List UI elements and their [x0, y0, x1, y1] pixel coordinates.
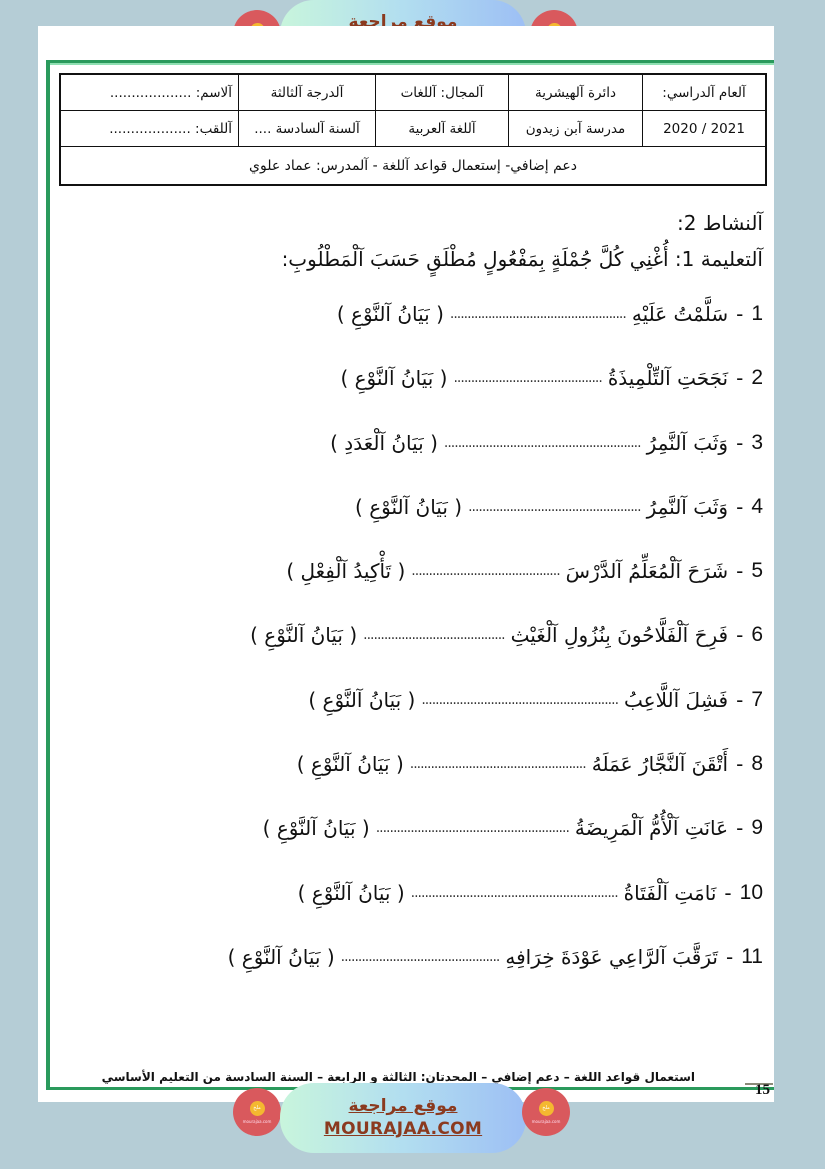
item-dash: -	[736, 363, 743, 393]
badge-caption: mourajaa.com	[243, 1119, 272, 1124]
answer-blank[interactable]: ........................................…	[453, 363, 601, 393]
school-year-label: آلعام آلدراسي:	[642, 75, 765, 110]
item-dash: -	[736, 749, 743, 779]
exercise-item: 4- وَثَبَ آلنَّمِرُ ....................…	[73, 492, 763, 556]
badge-caption: mourajaa.com	[532, 1119, 561, 1124]
exercise-item: 1- سَلَّمْتُ عَلَيْهِ ..................…	[73, 299, 763, 363]
exercise-item: 5- شَرَحَ آلْمُعَلِّمُ آلدَّرْسَ .......…	[73, 556, 763, 620]
item-number: 1	[751, 299, 763, 329]
item-hint: ( بَيَانُ آلْعَدَدِ )	[330, 428, 438, 458]
item-sentence: وَثَبَ آلنَّمِرُ	[647, 428, 729, 458]
answer-blank[interactable]: ........................................…	[341, 942, 500, 972]
level-cell: آلسنة آلسادسة ....	[238, 111, 375, 146]
page-number: 15	[755, 1082, 770, 1099]
item-sentence: وَثَبَ آلنَّمِرُ	[647, 492, 729, 522]
answer-blank[interactable]: ........................................…	[363, 620, 504, 650]
item-hint: ( بَيَانُ آلنَّوْعِ )	[228, 942, 335, 972]
answer-blank[interactable]: ........................................…	[421, 685, 618, 715]
item-hint: ( تَأْكِيدُ آلْفِعْلِ )	[286, 556, 405, 586]
book-logo-icon: ملخ	[250, 1101, 265, 1116]
answer-blank[interactable]: ........................................…	[411, 878, 618, 908]
exercise-item: 3- وَثَبَ آلنَّمِرُ ....................…	[73, 428, 763, 492]
school-year-value: 2021 / 2020	[642, 111, 765, 146]
item-hint: ( بَيَانُ آلنَّوْعِ )	[340, 363, 447, 393]
item-number: 10	[740, 878, 763, 908]
worksheet-title: دعم إضافي- إستعمال قواعد آللغة - آلمدرس:…	[249, 158, 577, 174]
item-hint: ( بَيَانُ آلنَّوْعِ )	[250, 620, 357, 650]
header-row-1: آلعام آلدراسي: دائرة آلهيشرية آلمجال: آل…	[61, 75, 765, 111]
answer-blank[interactable]: ........................................…	[410, 749, 586, 779]
subject-cell: آللغة آلعربية	[375, 111, 508, 146]
item-number: 2	[751, 363, 763, 393]
banner-site-link[interactable]: MOURAJAA.COM	[324, 1117, 482, 1141]
item-sentence: تَرَقَّبَ آلرَّاعِي عَوْدَةَ خِرَافِهِ	[505, 942, 718, 972]
domain-cell: آلمجال: آللغات	[375, 75, 508, 110]
name-field[interactable]: آلاسم: ...................	[61, 75, 238, 110]
item-hint: ( بَيَانُ آلنَّوْعِ )	[263, 813, 370, 843]
item-dash: -	[736, 556, 743, 586]
exercise-list: 1- سَلَّمْتُ عَلَيْهِ ..................…	[73, 299, 763, 1006]
item-sentence: فَرِحَ آلْفَلَّاحُونَ بِنُزُولِ آلْغَيْث…	[511, 620, 728, 650]
exercise-item: 11- تَرَقَّبَ آلرَّاعِي عَوْدَةَ خِرَافِ…	[73, 942, 763, 1006]
answer-blank[interactable]: ........................................…	[468, 492, 641, 522]
item-dash: -	[736, 428, 743, 458]
item-hint: ( بَيَانُ آلنَّوْعِ )	[298, 878, 405, 908]
banner-arabic-title[interactable]: موقع مراجعة	[349, 1095, 458, 1117]
item-number: 8	[751, 749, 763, 779]
header-row-2: 2021 / 2020 مدرسة آبن زيدون آللغة آلعربي…	[61, 111, 765, 147]
item-number: 11	[741, 942, 763, 972]
item-dash: -	[736, 492, 743, 522]
book-logo-icon: ملخ	[539, 1101, 554, 1116]
item-sentence: نَامَتِ آلْفَتَاةُ	[624, 878, 717, 908]
item-number: 6	[751, 620, 763, 650]
item-sentence: نَجَحَتِ آلتِّلْمِيذَةُ	[608, 363, 728, 393]
answer-blank[interactable]: ........................................…	[376, 813, 569, 843]
item-sentence: فَشِلَ آللَّاعِبُ	[624, 685, 728, 715]
item-dash: -	[736, 299, 743, 329]
exercise-item: 10- نَامَتِ آلْفَتَاةُ .................…	[73, 878, 763, 942]
answer-blank[interactable]: ........................................…	[411, 556, 559, 586]
item-number: 3	[751, 428, 763, 458]
site-banner-bottom[interactable]: موقع مراجعة MOURAJAA.COM	[280, 1083, 526, 1153]
item-sentence: شَرَحَ آلْمُعَلِّمُ آلدَّرْسَ	[566, 556, 728, 586]
grade-cell: آلدرجة آلثالثة	[238, 75, 375, 110]
item-dash: -	[726, 942, 733, 972]
item-dash: -	[736, 813, 743, 843]
exercise-item: 6- فَرِحَ آلْفَلَّاحُونَ بِنُزُولِ آلْغَ…	[73, 620, 763, 684]
item-sentence: سَلَّمْتُ عَلَيْهِ	[632, 299, 728, 329]
exercise-item: 8- أَتْقَنَ آلنَّجَّارُ عَمَلَهُ .......…	[73, 749, 763, 813]
page-footer-text: استعمال قواعد اللغة – دعم إضافي – المحدت…	[102, 1070, 695, 1084]
school-cell: مدرسة آبن زيدون	[508, 111, 642, 146]
header-table: آلعام آلدراسي: دائرة آلهيشرية آلمجال: آل…	[59, 73, 767, 186]
answer-blank[interactable]: ........................................…	[444, 428, 641, 458]
activity-section: آلنشاط 2: آلتعليمة 1: أُغْنِي كُلَّ جُمْ…	[73, 205, 763, 1006]
item-number: 9	[751, 813, 763, 843]
site-badge-left: ملخ mourajaa.com	[233, 1088, 281, 1136]
instruction-text: آلتعليمة 1: أُغْنِي كُلَّ جُمْلَةٍ بِمَف…	[73, 241, 763, 277]
item-number: 4	[751, 492, 763, 522]
site-badge-right: ملخ mourajaa.com	[522, 1088, 570, 1136]
surname-field[interactable]: آللقب: ...................	[61, 111, 238, 146]
activity-title: آلنشاط 2:	[73, 205, 763, 241]
item-sentence: أَتْقَنَ آلنَّجَّارُ عَمَلَهُ	[592, 749, 728, 779]
exercise-item: 7- فَشِلَ آللَّاعِبُ ...................…	[73, 685, 763, 749]
exercise-item: 2- نَجَحَتِ آلتِّلْمِيذَةُ .............…	[73, 363, 763, 427]
header-row-title: دعم إضافي- إستعمال قواعد آللغة - آلمدرس:…	[61, 147, 765, 184]
item-hint: ( بَيَانُ آلنَّوْعِ )	[337, 299, 444, 329]
item-hint: ( بَيَانُ آلنَّوْعِ )	[355, 492, 462, 522]
item-hint: ( بَيَانُ آلنَّوْعِ )	[308, 685, 415, 715]
item-number: 5	[751, 556, 763, 586]
item-hint: ( بَيَانُ آلنَّوْعِ )	[297, 749, 404, 779]
exercise-item: 9- عَانَتِ آلْأُمُّ آلْمَرِيضَةُ .......…	[73, 813, 763, 877]
item-dash: -	[724, 878, 731, 908]
item-dash: -	[736, 685, 743, 715]
answer-blank[interactable]: ........................................…	[450, 299, 626, 329]
item-dash: -	[736, 620, 743, 650]
item-number: 7	[751, 685, 763, 715]
item-sentence: عَانَتِ آلْأُمُّ آلْمَرِيضَةُ	[575, 813, 728, 843]
region-cell: دائرة آلهيشرية	[508, 75, 642, 110]
